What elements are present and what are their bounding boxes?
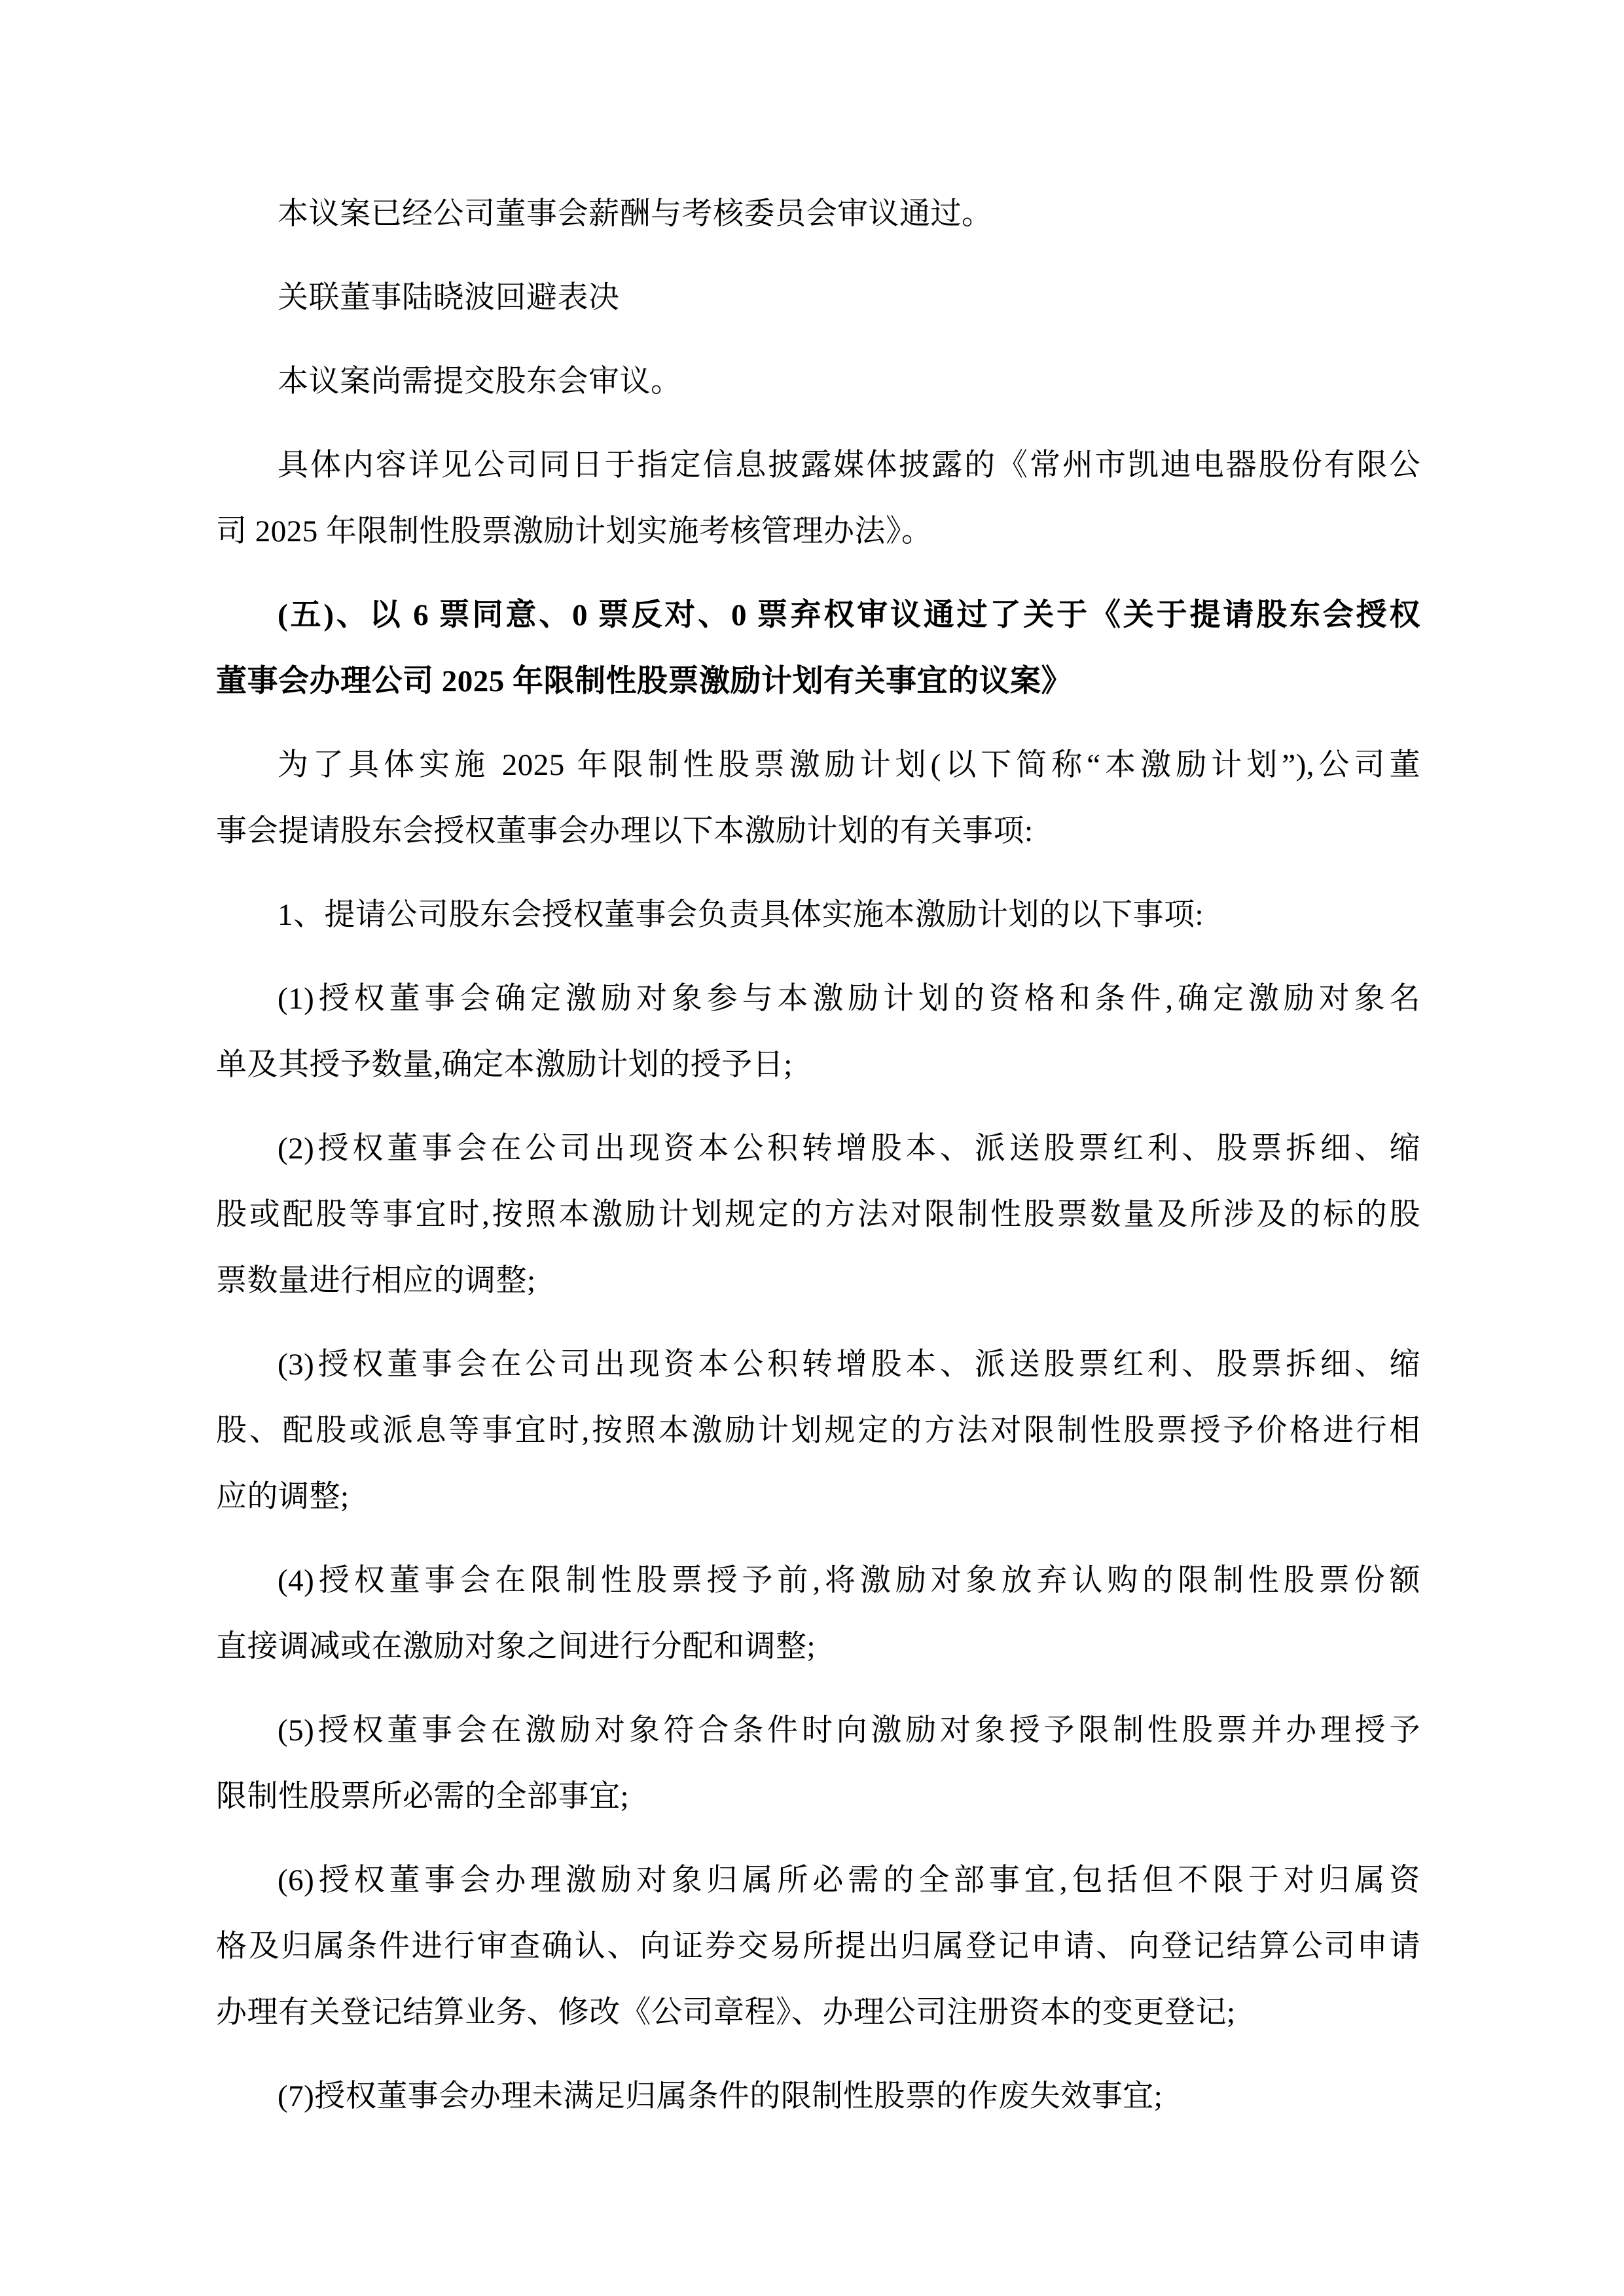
- paragraph-subitem-3: (3)授权董事会在公司出现资本公积转增股本、派送股票红利、股票拆细、缩 股、配股…: [216, 1332, 1420, 1530]
- paragraph-authorization-intro: 为了具体实施 2025 年限制性股票激励计划(以下简称“本激励计划”),公司董 …: [216, 732, 1420, 865]
- paragraph-subitem-6: (6)授权董事会办理激励对象归属所必需的全部事宜,包括但不限于对归属资 格及归属…: [216, 1848, 1420, 2046]
- text-line: 司 2025 年限制性股票激励计划实施考核管理办法》。: [216, 499, 1420, 565]
- paragraph-subitem-2: (2)授权董事会在公司出现资本公积转增股本、派送股票红利、股票拆细、缩 股或配股…: [216, 1116, 1420, 1314]
- document-body: 本议案已经公司董事会薪酬与考核委员会审议通过。 关联董事陆晓波回避表决 本议案尚…: [216, 181, 1420, 2147]
- text-line: 本议案已经公司董事会薪酬与考核委员会审议通过。: [216, 181, 1420, 247]
- paragraph-committee-approval: 本议案已经公司董事会薪酬与考核委员会审议通过。: [216, 181, 1420, 247]
- text-line: 事会提请股东会授权董事会办理以下本激励计划的有关事项:: [216, 798, 1420, 865]
- text-line: 本议案尚需提交股东会审议。: [216, 349, 1420, 415]
- text-line: 应的调整;: [216, 1464, 1420, 1530]
- paragraph-subitem-7: (7)授权董事会办理未满足归属条件的限制性股票的作废失效事宜;: [216, 2064, 1420, 2130]
- text-line: 股、配股或派息等事宜时,按照本激励计划规定的方法对限制性股票授予价格进行相: [216, 1398, 1420, 1464]
- text-line: 单及其授予数量,确定本激励计划的授予日;: [216, 1032, 1420, 1098]
- text-line: (五)、以 6 票同意、0 票反对、0 票弃权审议通过了关于《关于提请股东会授权: [216, 583, 1420, 649]
- paragraph-item-1-intro: 1、提请公司股东会授权董事会负责具体实施本激励计划的以下事项:: [216, 882, 1420, 948]
- text-line: 格及归属条件进行审查确认、向证券交易所提出归属登记申请、向登记结算公司申请: [216, 1914, 1420, 1980]
- heading-resolution-5: (五)、以 6 票同意、0 票反对、0 票弃权审议通过了关于《关于提请股东会授权…: [216, 583, 1420, 715]
- text-line: (2)授权董事会在公司出现资本公积转增股本、派送股票红利、股票拆细、缩: [216, 1116, 1420, 1182]
- paragraph-subitem-5: (5)授权董事会在激励对象符合条件时向激励对象授予限制性股票并办理授予 限制性股…: [216, 1698, 1420, 1830]
- text-line: 为了具体实施 2025 年限制性股票激励计划(以下简称“本激励计划”),公司董: [216, 732, 1420, 798]
- paragraph-disclosure-reference: 具体内容详见公司同日于指定信息披露媒体披露的《常州市凯迪电器股份有限公 司 20…: [216, 433, 1420, 565]
- text-line: 办理有关登记结算业务、修改《公司章程》、办理公司注册资本的变更登记;: [216, 1980, 1420, 2046]
- text-line: 董事会办理公司 2025 年限制性股票激励计划有关事宜的议案》: [216, 649, 1420, 715]
- text-line: (5)授权董事会在激励对象符合条件时向激励对象授予限制性股票并办理授予: [216, 1698, 1420, 1764]
- paragraph-shareholder-review: 本议案尚需提交股东会审议。: [216, 349, 1420, 415]
- text-line: 股或配股等事宜时,按照本激励计划规定的方法对限制性股票数量及所涉及的标的股: [216, 1182, 1420, 1248]
- paragraph-subitem-1: (1)授权董事会确定激励对象参与本激励计划的资格和条件,确定激励对象名 单及其授…: [216, 966, 1420, 1098]
- text-line: (3)授权董事会在公司出现资本公积转增股本、派送股票红利、股票拆细、缩: [216, 1332, 1420, 1398]
- text-line: (4)授权董事会在限制性股票授予前,将激励对象放弃认购的限制性股票份额: [216, 1548, 1420, 1614]
- text-line: 限制性股票所必需的全部事宜;: [216, 1764, 1420, 1830]
- text-line: 直接调减或在激励对象之间进行分配和调整;: [216, 1614, 1420, 1680]
- text-line: (6)授权董事会办理激励对象归属所必需的全部事宜,包括但不限于对归属资: [216, 1848, 1420, 1914]
- text-line: 关联董事陆晓波回避表决: [216, 265, 1420, 331]
- text-line: 1、提请公司股东会授权董事会负责具体实施本激励计划的以下事项:: [216, 882, 1420, 948]
- text-line: (1)授权董事会确定激励对象参与本激励计划的资格和条件,确定激励对象名: [216, 966, 1420, 1032]
- text-line: 票数量进行相应的调整;: [216, 1248, 1420, 1314]
- text-line: 具体内容详见公司同日于指定信息披露媒体披露的《常州市凯迪电器股份有限公: [216, 433, 1420, 499]
- paragraph-subitem-4: (4)授权董事会在限制性股票授予前,将激励对象放弃认购的限制性股票份额 直接调减…: [216, 1548, 1420, 1680]
- paragraph-director-abstention: 关联董事陆晓波回避表决: [216, 265, 1420, 331]
- document-page: { "page": { "width_px": 2481, "height_px…: [0, 0, 1624, 2296]
- text-line: (7)授权董事会办理未满足归属条件的限制性股票的作废失效事宜;: [216, 2064, 1420, 2130]
